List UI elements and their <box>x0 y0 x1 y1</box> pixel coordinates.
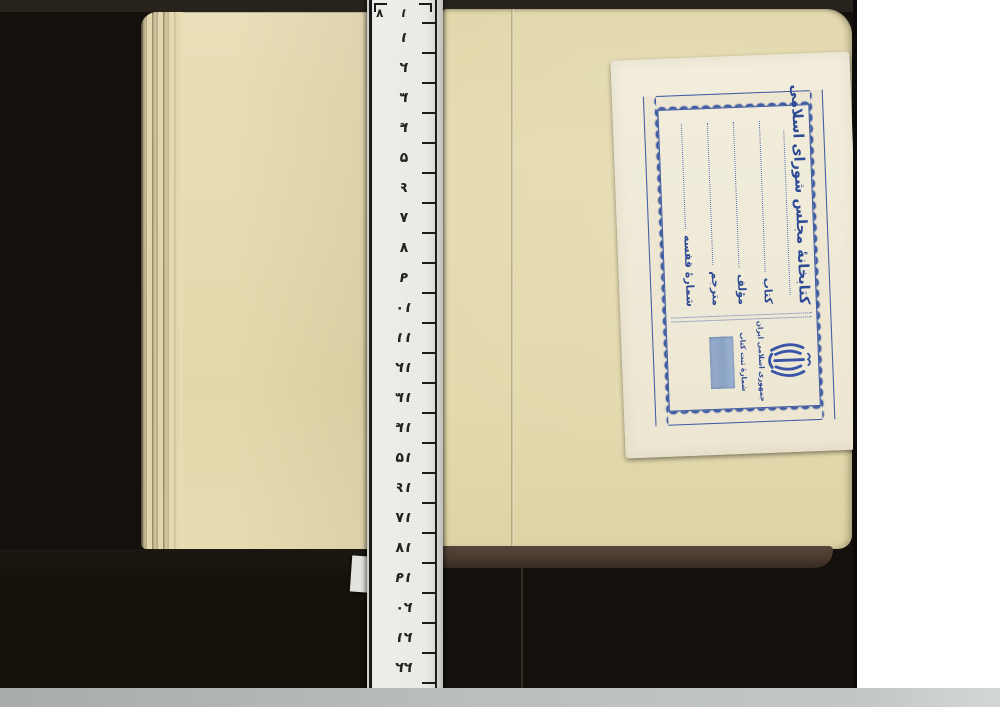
ruler-numeral: ۱۲ <box>391 360 417 376</box>
ruler-numeral: ۴ <box>391 120 417 136</box>
iran-emblem-icon <box>766 338 814 382</box>
ruler-tick <box>422 292 435 294</box>
ruler-tick <box>422 442 435 444</box>
ruler-tick <box>422 232 435 234</box>
photo-backdrop: کتابخانۀ مجلس شورای اسلامی کتابمؤلفمترجم… <box>0 0 857 707</box>
ruler-numeral: ۵ <box>391 150 417 166</box>
book-page-block <box>141 12 368 549</box>
page-block-shading <box>232 12 368 549</box>
board-edge-band <box>441 546 833 568</box>
cover-hinge-crease <box>511 9 514 549</box>
ruler-tick <box>422 412 435 414</box>
measuring-ruler: ۱۲۳۴۵۶۷۸۹۱۰۱۱۱۲۱۳۱۴۱۵۱۶۱۷۱۸۱۹۲۰۲۱۲۲۸۱ <box>367 0 443 707</box>
ruler-numeral: ۱۱ <box>391 330 417 346</box>
ruler-top-mark: ۸ <box>376 6 383 20</box>
agency-text: جمهوری اسلامی ایران <box>755 320 767 401</box>
ruler-tick <box>422 82 435 84</box>
ruler-numeral: ۲۰ <box>391 600 417 616</box>
ruler-tick <box>422 592 435 594</box>
label-title: کتابخانۀ مجلس شورای اسلامی <box>788 115 811 304</box>
ruler-tick <box>422 202 435 204</box>
field-label: کتاب <box>760 278 774 307</box>
ruler-numeral: ۹ <box>391 270 417 286</box>
ruler-numeral: ۱۷ <box>391 510 417 526</box>
ruler-numeral: ۱۸ <box>391 540 417 556</box>
ruler-numeral: ۲ <box>391 60 417 76</box>
digitized-book-photograph: کتابخانۀ مجلس شورای اسلامی کتابمؤلفمترجم… <box>0 0 1000 707</box>
ruler-tick <box>422 112 435 114</box>
ruler-tick <box>422 172 435 174</box>
library-label: کتابخانۀ مجلس شورای اسلامی کتابمؤلفمترجم… <box>610 52 857 459</box>
stamp-box <box>709 336 735 389</box>
ruler-tick <box>422 532 435 534</box>
label-border: کتابخانۀ مجلس شورای اسلامی کتابمؤلفمترجم… <box>642 90 835 427</box>
label-inner-area: کتابخانۀ مجلس شورای اسلامی کتابمؤلفمترجم… <box>657 104 820 412</box>
ruler-numeral: ۳ <box>391 90 417 106</box>
ruler-numeral: ۱۰ <box>391 300 417 316</box>
label-rotated-content: کتابخانۀ مجلس شورای اسلامی کتابمؤلفمترجم… <box>615 55 857 456</box>
field-label: شمارۀ قفسه <box>681 235 697 309</box>
ruler-tick <box>422 382 435 384</box>
ruler-tick <box>422 22 435 24</box>
ruler-numeral: ۱۹ <box>391 570 417 586</box>
ruler-tick <box>422 322 435 324</box>
ruler-left-edge-line <box>369 0 372 707</box>
ruler-numeral: ۱۴ <box>391 420 417 436</box>
ruler-numeral: ۱۶ <box>391 480 417 496</box>
field-label: مؤلف <box>734 274 748 307</box>
label-fields-section: کتابخانۀ مجلس شورای اسلامی کتابمؤلفمترجم… <box>661 109 813 315</box>
ruler-numeral: ۲۲ <box>391 660 417 676</box>
photo-right-edge <box>853 0 857 688</box>
ruler-corner-mark-right <box>419 3 432 12</box>
ruler-tick <box>422 502 435 504</box>
ruler-numeral: ۱۳ <box>391 390 417 406</box>
ruler-tick <box>422 682 435 684</box>
field-leader-line <box>680 124 685 229</box>
ruler-tick <box>422 352 435 354</box>
ruler-numeral: ۶ <box>391 180 417 196</box>
lower-board-edge-line <box>521 566 523 688</box>
ruler-numeral: ۱۵ <box>391 450 417 466</box>
field-label: مترجم <box>708 271 722 308</box>
registration-label: شمارۀ ثبت کتاب <box>737 332 748 391</box>
bookplate-fields: کتابمؤلفمترجمشمارۀ قفسه <box>676 116 787 309</box>
ruler-tick <box>422 562 435 564</box>
page-edges <box>141 12 183 549</box>
ruler-top-mark: ۱ <box>400 6 407 20</box>
ruler-tick <box>422 652 435 654</box>
ruler-tick <box>422 262 435 264</box>
scan-tray-strip <box>0 688 1000 707</box>
ruler-tick <box>422 52 435 54</box>
ruler-numeral: ۱ <box>391 30 417 46</box>
ruler-numeral: ۸ <box>391 240 417 256</box>
ruler-tick <box>422 472 435 474</box>
ruler-tick <box>422 622 435 624</box>
label-emblem-section: جمهوری اسلامی ایران شمارۀ ثبت کتاب <box>669 319 816 404</box>
ruler-numeral: ۲۱ <box>391 630 417 646</box>
ruler-numeral: ۷ <box>391 210 417 226</box>
ruler-tick <box>422 142 435 144</box>
